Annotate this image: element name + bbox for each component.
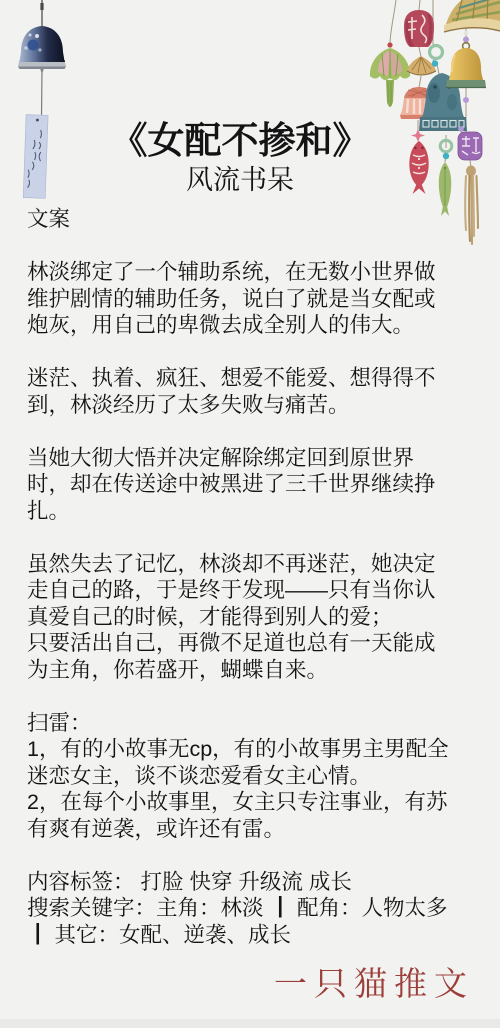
synopsis-text: 文案 林淡绑定了一个辅助系统，在无数小世界做维护剧情的辅助任务，说白了就是当女配… bbox=[27, 206, 452, 948]
synopsis-paragraph-4: 虽然失去了记忆，林淡却不再迷茫，她决定走自己的路，于是终于发现——只有当你认真爱… bbox=[27, 551, 452, 631]
chime-bell-icon bbox=[18, 26, 66, 74]
search-keywords-line: 搜索关键字：主角：林淡 ┃ 配角：人物太多 ┃ 其它：女配、逆袭、成长 bbox=[27, 895, 452, 948]
book-title: 《女配不掺和》 bbox=[0, 110, 480, 164]
watermark-text: 一只猫推文 bbox=[274, 958, 474, 1005]
book-author: 风流书呆 bbox=[0, 158, 480, 197]
red-bell-icon bbox=[404, 10, 434, 47]
synopsis-paragraph-1: 林淡绑定了一个辅助系统，在无数小世界做维护剧情的辅助任务，说白了就是当女配或炮灰… bbox=[27, 259, 452, 339]
synopsis-paragraph-3: 当她大彻大悟并决定解除绑定回到原世界时，却在传送途中被黑进了三千世界继续挣扎。 bbox=[27, 445, 452, 525]
bottom-edge-strip bbox=[0, 1019, 500, 1028]
warnings-title: 扫雷： bbox=[27, 710, 452, 737]
content-tags-line: 内容标签： 打脸 快穿 升级流 成长 bbox=[27, 869, 452, 896]
lotus-chime-icon bbox=[370, 42, 410, 107]
section-label: 文案 bbox=[27, 206, 452, 233]
cone-hat-icon bbox=[407, 56, 436, 75]
synopsis-paragraph-5: 只要活出自己，再微不足道也总有一天能成为主角，你若盛开，蝴蝶自来。 bbox=[27, 630, 452, 683]
chime-string bbox=[40, 0, 43, 28]
promo-card: 《女配不掺和》 风流书呆 文案 林淡绑定了一个辅助系统，在无数小世界做维护剧情的… bbox=[0, 0, 500, 1028]
warning-item-2: 2，在每个小故事里，女主只专注事业，有苏有爽有逆袭，或许还有雷。 bbox=[27, 789, 452, 842]
warning-item-1: 1，有的小故事无cp，有的小故事男主男配全迷恋女主，谈不谈恋爱看女主心情。 bbox=[27, 736, 452, 789]
straw-hat-icon bbox=[444, 0, 500, 32]
synopsis-paragraph-2: 迷茫、执着、疯狂、想爱不能爱、想得得不到，林淡经历了太多失败与痛苦。 bbox=[27, 365, 452, 418]
